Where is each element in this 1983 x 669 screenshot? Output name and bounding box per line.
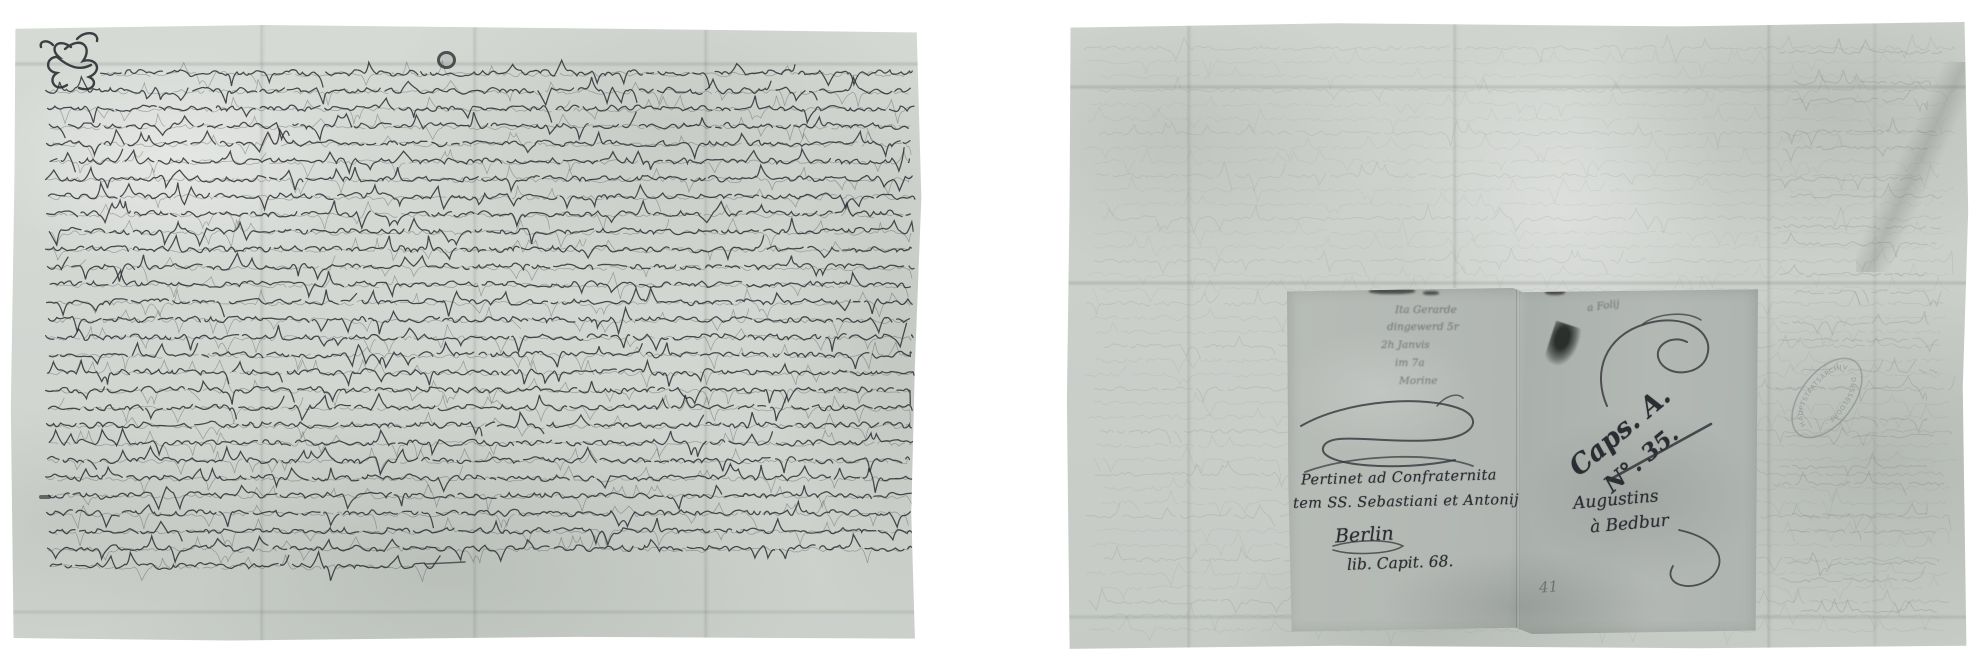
charter-verso-scan: Ita Gerarde dingewerd 5r 2h Janvis im 7a…	[1066, 22, 1970, 652]
archive-stamp-icon: HAUPTSTAATSARCHIV · DÜSSELDORF ·	[1066, 22, 1970, 652]
recto-initial-flourish-icon	[9, 25, 925, 643]
scan-viewer: Ita Gerarde dingewerd 5r 2h Janvis im 7a…	[0, 0, 1983, 669]
charter-recto-scan	[9, 25, 925, 643]
